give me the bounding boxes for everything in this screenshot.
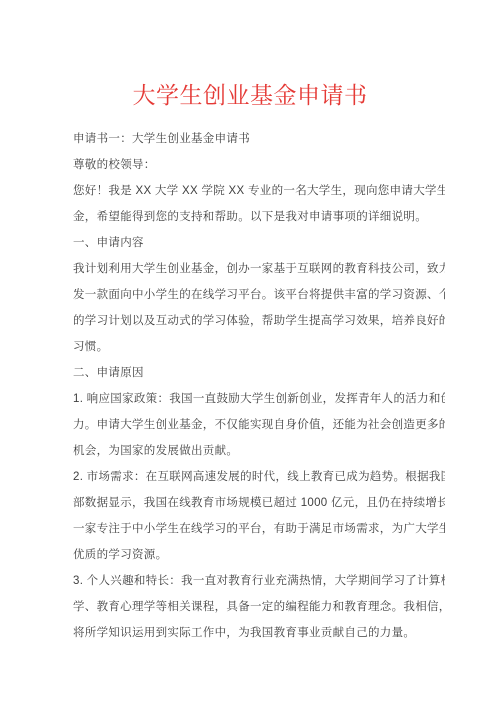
text-line: 尊敬的校领导： <box>73 152 445 178</box>
text-line: 发一款面向中小学生的在线学习平台。该平台将提供丰富的学习资源、个性化 <box>73 282 445 308</box>
text-line: 力。申请大学生创业基金，不仅能实现自身价值，还能为社会创造更多的就业 <box>73 412 445 438</box>
document-title: 大学生创业基金申请书 <box>0 80 500 110</box>
document-body: 申请书一：大学生创业基金申请书尊敬的校领导：您好！我是 XX 大学 XX 学院 … <box>0 126 500 646</box>
text-line: 1. 响应国家政策：我国一直鼓励大学生创新创业，发挥青年人的活力和创造 <box>73 386 445 412</box>
text-line: 的学习计划以及互动式的学习体验，帮助学生提高学习效果，培养良好的学习 <box>73 308 445 334</box>
text-line: 申请书一：大学生创业基金申请书 <box>73 126 445 152</box>
text-line: 二、申请原因 <box>73 360 445 386</box>
text-line: 部数据显示，我国在线教育市场规模已超过 1000 亿元，且仍在持续增长。创办 <box>73 490 445 516</box>
text-line: 您好！我是 XX 大学 XX 学院 XX 专业的一名大学生，现向您申请大学生创业… <box>73 178 445 204</box>
text-line: 学、教育心理学等相关课程，具备一定的编程能力和教育理念。我相信，我能 <box>73 594 445 620</box>
text-line: 我计划利用大学生创业基金，创办一家基于互联网的教育科技公司，致力于开 <box>73 256 445 282</box>
text-line: 机会，为国家的发展做出贡献。 <box>73 438 445 464</box>
text-line: 将所学知识运用到实际工作中，为我国教育事业贡献自己的力量。 <box>73 620 445 646</box>
text-line: 一家专注于中小学生在线学习的平台，有助于满足市场需求，为广大学生提供 <box>73 516 445 542</box>
document-page: 大学生创业基金申请书 申请书一：大学生创业基金申请书尊敬的校领导：您好！我是 X… <box>0 0 500 707</box>
text-line: 一、申请内容 <box>73 230 445 256</box>
text-line: 金，希望能得到您的支持和帮助。以下是我对申请事项的详细说明。 <box>73 204 445 230</box>
text-line: 2. 市场需求：在互联网高速发展的时代，线上教育已成为趋势。根据我国教育 <box>73 464 445 490</box>
text-line: 3. 个人兴趣和特长：我一直对教育行业充满热情，大学期间学习了计算机科 <box>73 568 445 594</box>
text-line: 优质的学习资源。 <box>73 542 445 568</box>
text-line: 习惯。 <box>73 334 445 360</box>
